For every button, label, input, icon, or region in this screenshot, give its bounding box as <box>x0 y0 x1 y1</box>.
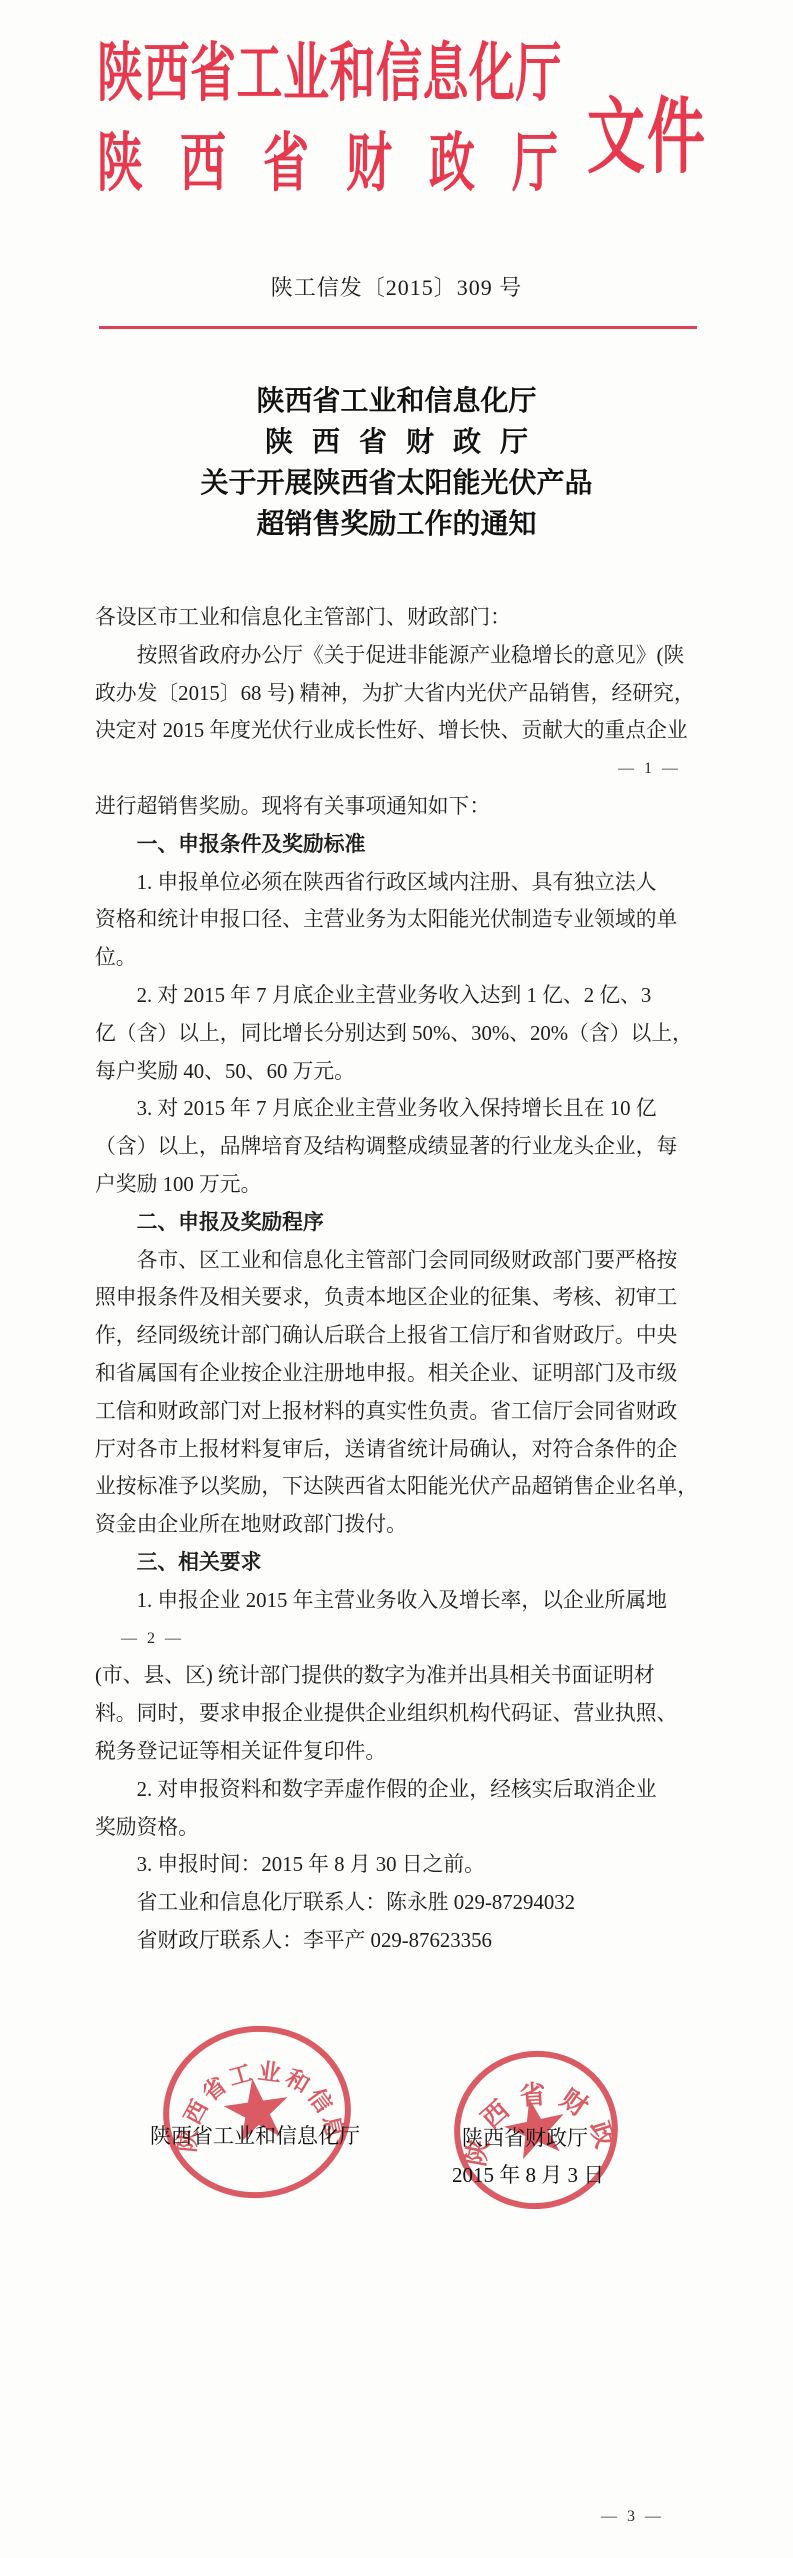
body-line: 厅对各市上报材料复审后，送请省统计局确认，对符合条件的企 <box>95 1431 707 1469</box>
body-line: 政办发〔2015〕68 号) 精神，为扩大省内光伏产品销售，经研究， <box>95 675 707 713</box>
page-number: — 2 — <box>95 1620 707 1658</box>
page-number-3: — 3 — <box>601 2508 664 2526</box>
signature-left-agency: 陕西省工业和信息化厅 <box>150 2120 360 2150</box>
body-line: 工信和财政部门对上报材料的真实性负责。省工信厅会同省财政 <box>95 1393 707 1431</box>
body-line: (市、县、区) 统计部门提供的数字为准并出具相关书面证明材 <box>95 1657 707 1695</box>
body-line: 2. 对申报资料和数字弄虚作假的企业，经核实后取消企业 <box>95 1771 707 1809</box>
body-line: 一、申报条件及奖励标准 <box>95 826 707 864</box>
official-seal-left: 陕西省工业和信息化厅 <box>145 2004 369 2220</box>
body-line: 3. 申报时间：2015 年 8 月 30 日之前。 <box>95 1846 707 1884</box>
red-separator-line <box>99 326 697 329</box>
body-line: 二、申报及奖励程序 <box>95 1204 707 1242</box>
body-line: 位。 <box>95 939 707 977</box>
letterhead-agency-line-1: 陕西省工业和信息化厅 <box>97 22 563 114</box>
body-line: 3. 对 2015 年 7 月底企业主营业务收入保持增长且在 10 亿 <box>95 1090 707 1128</box>
body-line: 奖励资格。 <box>95 1809 707 1847</box>
body-line: 省财政厅联系人：李平产 029-87623356 <box>95 1922 707 1960</box>
title-line-3: 关于开展陕西省太阳能光伏产品 <box>0 463 793 504</box>
page-number: — 1 — <box>95 750 707 788</box>
body-line: 税务登记证等相关证件复印件。 <box>95 1733 707 1771</box>
signature-date: 2015 年 8 月 3 日 <box>452 2159 604 2189</box>
body-line: 进行超销售奖励。现将有关事项通知如下： <box>95 788 707 826</box>
title-line-1: 陕西省工业和信息化厅 <box>0 381 793 422</box>
document-title: 陕西省工业和信息化厅 陕西省财政厅 关于开展陕西省太阳能光伏产品 超销售奖励工作… <box>0 381 793 545</box>
body-line: 省工业和信息化厅联系人：陈永胜 029-87294032 <box>95 1884 707 1922</box>
body-line: 户奖励 100 万元。 <box>95 1166 707 1204</box>
body-line: 资格和统计申报口径、主营业务为太阳能光伏制造专业领域的单 <box>95 901 707 939</box>
body-line: 各设区市工业和信息化主管部门、财政部门： <box>95 599 707 637</box>
signature-right-agency: 陕西省财政厅 <box>462 2122 588 2152</box>
body-line: 料。同时，要求申报企业提供企业组织机构代码证、营业执照、 <box>95 1695 707 1733</box>
document-number: 陕工信发〔2015〕309 号 <box>0 271 793 302</box>
title-line-4: 超销售奖励工作的通知 <box>0 504 793 545</box>
body-line: 照申报条件及相关要求，负责本地区企业的征集、考核、初审工 <box>95 1279 707 1317</box>
body-line: 1. 申报单位必须在陕西省行政区域内注册、具有独立法人 <box>95 864 707 902</box>
letterhead-doc-type-label: 文件 <box>587 70 707 189</box>
document-page: 陕西省工业和信息化厅 陕西省财政厅 文件 陕工信发〔2015〕309 号 陕西省… <box>0 0 793 2558</box>
body-line: 三、相关要求 <box>95 1544 707 1582</box>
body-line: 和省属国有企业按企业注册地申报。相关企业、证明部门及市级 <box>95 1355 707 1393</box>
body-line: 亿（含）以上，同比增长分别达到 50%、30%、20%（含）以上， <box>95 1015 707 1053</box>
title-line-2: 陕西省财政厅 <box>0 422 793 463</box>
body-line: 作，经同级统计部门确认后联合上报省工信厅和省财政厅。中央 <box>95 1317 707 1355</box>
body-line: （含）以上，品牌培育及结构调整成绩显著的行业龙头企业，每 <box>95 1128 707 1166</box>
letterhead-agency-line-2: 陕西省财政厅 <box>97 112 563 204</box>
document-body: 各设区市工业和信息化主管部门、财政部门：按照省政府办公厅《关于促进非能源产业稳增… <box>95 599 707 1960</box>
body-line: 各市、区工业和信息化主管部门会同同级财政部门要严格按 <box>95 1242 707 1280</box>
body-line: 决定对 2015 年度光伏行业成长性好、增长快、贡献大的重点企业 <box>95 712 707 750</box>
body-line: 1. 申报企业 2015 年主营业务收入及增长率，以企业所属地 <box>95 1582 707 1620</box>
body-line: 2. 对 2015 年 7 月底企业主营业务收入达到 1 亿、2 亿、3 <box>95 977 707 1015</box>
body-line: 业按标准予以奖励，下达陕西省太阳能光伏产品超销售企业名单， <box>95 1468 707 1506</box>
body-line: 每户奖励 40、50、60 万元。 <box>95 1053 707 1091</box>
body-line: 资金由企业所在地财政部门拨付。 <box>95 1506 707 1544</box>
body-line: 按照省政府办公厅《关于促进非能源产业稳增长的意见》(陕 <box>95 637 707 675</box>
